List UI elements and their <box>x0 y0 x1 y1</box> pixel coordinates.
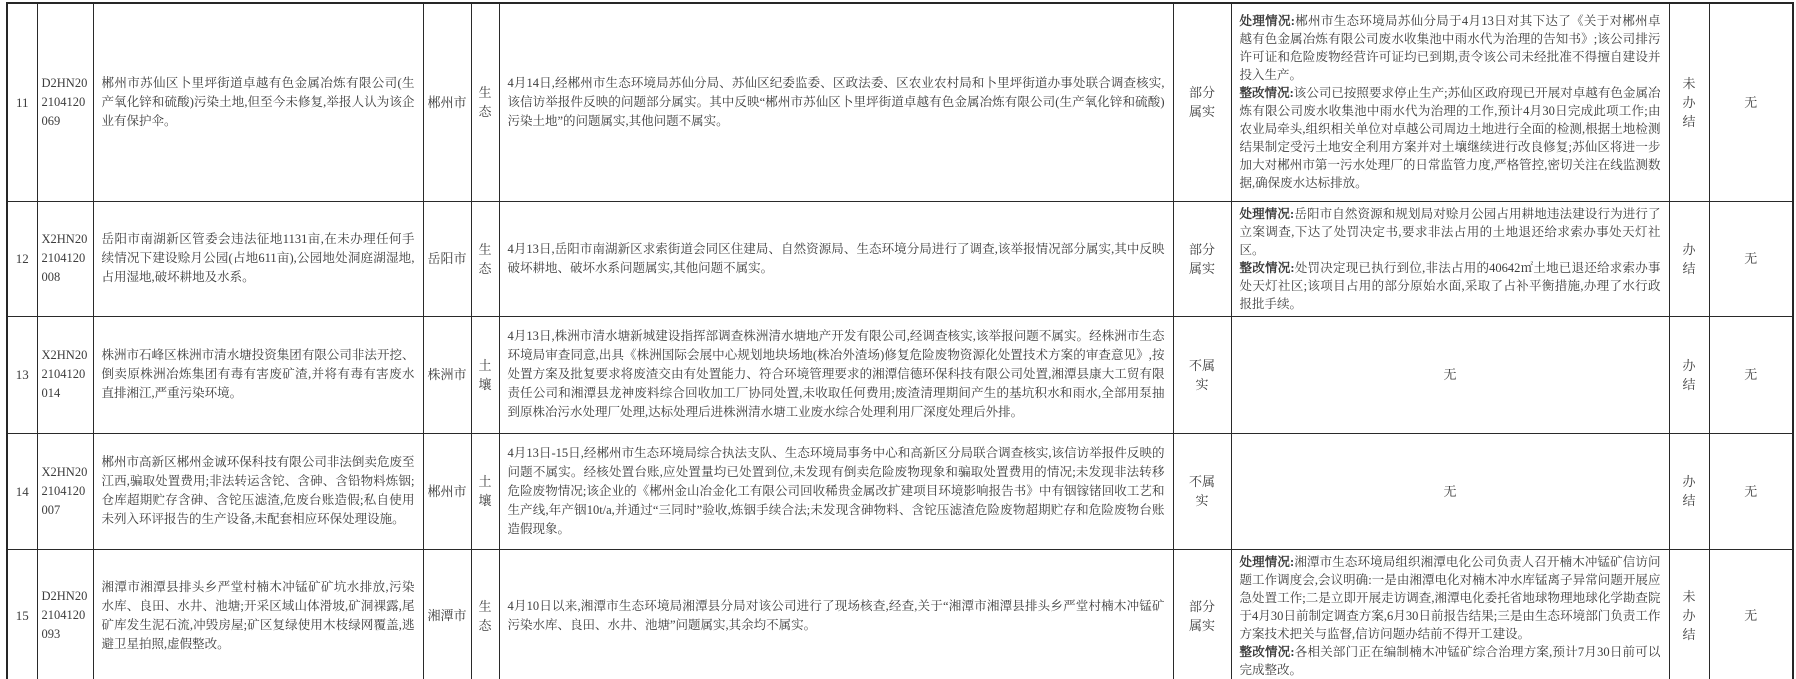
case-id-cell: X2HN202104120007 <box>37 433 93 549</box>
table-row: 13 X2HN202104120014 株洲市石峰区株洲市清水塘投资集团有限公司… <box>7 316 1793 433</box>
handling-cell: 无 <box>1231 433 1669 549</box>
handling-cell: 处理情况:郴州市生态环境局苏仙分局于4月13日对其下达了《关于对郴州卓越有色金属… <box>1231 3 1669 201</box>
remark-cell: 无 <box>1709 316 1793 433</box>
verdict-text: 不属实 <box>1189 472 1216 510</box>
rectification-text: 各相关部门正在编制楠木冲锰矿综合治理方案,预计7月30日前可以完成整改。 <box>1240 645 1661 677</box>
category-cell: 生态 <box>471 201 499 316</box>
handling-text: 郴州市生态环境局苏仙分局于4月13日对其下达了《关于对郴州卓越有色金属冶炼有限公… <box>1240 14 1661 82</box>
handling-cell: 无 <box>1231 316 1669 433</box>
verdict-cell: 不属实 <box>1173 316 1231 433</box>
row-number-cell: 14 <box>7 433 37 549</box>
city-cell: 株洲市 <box>423 316 471 433</box>
table-row: 14 X2HN202104120007 郴州市高新区郴州金诚环保科技有限公司非法… <box>7 433 1793 549</box>
city-cell: 郴州市 <box>423 3 471 201</box>
complaint-cell: 岳阳市南湖新区管委会违法征地1131亩,在未办理任何手续情况下建设赊月公园(占地… <box>93 201 423 316</box>
handling-text: 岳阳市自然资源和规划局对赊月公园占用耕地违法建设行为进行了立案调查,下达了处罚决… <box>1240 207 1661 257</box>
handling-paragraph: 处理情况:湘潭市生态环境局组织湘潭电化公司负责人召开楠木冲锰矿信访问题工作调度会… <box>1240 553 1661 643</box>
handling-paragraph: 处理情况:郴州市生态环境局苏仙分局于4月13日对其下达了《关于对郴州卓越有色金属… <box>1240 12 1661 84</box>
case-id-cell: X2HN202104120008 <box>37 201 93 316</box>
page: 11 D2HN202104120069 郴州市苏仙区卜里坪街道卓越有色金属冶炼有… <box>0 0 1796 679</box>
rectification-text: 该公司已按照要求停止生产;苏仙区政府现已开展对卓越有色金属冶炼有限公司废水收集池… <box>1240 86 1661 190</box>
city-cell: 湘潭市 <box>423 549 471 679</box>
remark-cell: 无 <box>1709 201 1793 316</box>
handling-label: 处理情况: <box>1240 555 1295 569</box>
rectification-paragraph: 整改情况:各相关部门正在编制楠木冲锰矿综合治理方案,预计7月30日前可以完成整改… <box>1240 643 1661 679</box>
handling-text: 湘潭市生态环境局组织湘潭电化公司负责人召开楠木冲锰矿信访问题工作调度会,会议明确… <box>1240 555 1661 641</box>
table-row: 15 D2HN202104120093 湘潭市湘潭县排头乡严堂村楠木冲锰矿矿坑水… <box>7 549 1793 679</box>
handling-cell: 处理情况:岳阳市自然资源和规划局对赊月公园占用耕地违法建设行为进行了立案调查,下… <box>1231 201 1669 316</box>
status-cell: 未办结 <box>1669 549 1709 679</box>
category-cell: 土壤 <box>471 316 499 433</box>
investigation-cell: 4月13日,岳阳市南湖新区求索街道会同区住建局、自然资源局、生态环境分局进行了调… <box>499 201 1173 316</box>
category-cell: 生态 <box>471 549 499 679</box>
city-cell: 郴州市 <box>423 433 471 549</box>
investigation-cell: 4月14日,经郴州市生态环境局苏仙分局、苏仙区纪委监委、区政法委、区农业农村局和… <box>499 3 1173 201</box>
status-cell: 未办结 <box>1669 3 1709 201</box>
investigation-cell: 4月10日以来,湘潭市生态环境局湘潭县分局对该公司进行了现场核查,经查,关于“湘… <box>499 549 1173 679</box>
handling-paragraph: 处理情况:岳阳市自然资源和规划局对赊月公园占用耕地违法建设行为进行了立案调查,下… <box>1240 205 1661 259</box>
verdict-text: 部分属实 <box>1189 240 1216 278</box>
category-cell: 土壤 <box>471 433 499 549</box>
remark-cell: 无 <box>1709 433 1793 549</box>
rectification-label: 整改情况: <box>1240 86 1294 100</box>
complaint-cell: 郴州市苏仙区卜里坪街道卓越有色金属冶炼有限公司(生产氧化锌和硫酸)污染土地,但至… <box>93 3 423 201</box>
status-cell: 办结 <box>1669 201 1709 316</box>
table-row: 11 D2HN202104120069 郴州市苏仙区卜里坪街道卓越有色金属冶炼有… <box>7 3 1793 201</box>
complaint-cell: 郴州市高新区郴州金诚环保科技有限公司非法倒卖危废至江西,骗取处置费用;非法转运含… <box>93 433 423 549</box>
category-cell: 生态 <box>471 3 499 201</box>
rectification-label: 整改情况: <box>1240 645 1295 659</box>
handling-label: 处理情况: <box>1240 207 1295 221</box>
investigation-cell: 4月13日,株洲市清水塘新城建设指挥部调查株洲清水塘地产开发有限公司,经调查核实… <box>499 316 1173 433</box>
verdict-text: 不属实 <box>1189 356 1216 394</box>
remark-cell: 无 <box>1709 3 1793 201</box>
handling-cell: 处理情况:湘潭市生态环境局组织湘潭电化公司负责人召开楠木冲锰矿信访问题工作调度会… <box>1231 549 1669 679</box>
remark-cell: 无 <box>1709 549 1793 679</box>
verdict-cell: 部分属实 <box>1173 549 1231 679</box>
verdict-cell: 不属实 <box>1173 433 1231 549</box>
verdict-text: 部分属实 <box>1189 83 1216 121</box>
city-cell: 岳阳市 <box>423 201 471 316</box>
status-text: 未办结 <box>1682 74 1696 131</box>
status-cell: 办结 <box>1669 316 1709 433</box>
rectification-paragraph: 整改情况:处罚决定现已执行到位,非法占用的40642㎡土地已退还给求索办事处天灯… <box>1240 259 1661 313</box>
status-text: 未办结 <box>1682 587 1696 644</box>
case-id-cell: D2HN202104120093 <box>37 549 93 679</box>
table-row: 12 X2HN202104120008 岳阳市南湖新区管委会违法征地1131亩,… <box>7 201 1793 316</box>
status-cell: 办结 <box>1669 433 1709 549</box>
row-number-cell: 12 <box>7 201 37 316</box>
verdict-cell: 部分属实 <box>1173 3 1231 201</box>
complaint-cell: 株洲市石峰区株洲市清水塘投资集团有限公司非法开挖、倒卖原株洲冶炼集团有毒有害废矿… <box>93 316 423 433</box>
row-number-cell: 15 <box>7 549 37 679</box>
status-text: 办结 <box>1682 356 1696 394</box>
status-text: 办结 <box>1682 240 1696 278</box>
complaint-handling-table: 11 D2HN202104120069 郴州市苏仙区卜里坪街道卓越有色金属冶炼有… <box>6 2 1794 679</box>
verdict-text: 部分属实 <box>1189 597 1216 635</box>
rectification-label: 整改情况: <box>1240 261 1295 275</box>
case-id-cell: X2HN202104120014 <box>37 316 93 433</box>
complaint-cell: 湘潭市湘潭县排头乡严堂村楠木冲锰矿矿坑水排放,污染水库、良田、水井、池塘;开采区… <box>93 549 423 679</box>
rectification-paragraph: 整改情况:该公司已按照要求停止生产;苏仙区政府现已开展对卓越有色金属冶炼有限公司… <box>1240 84 1661 192</box>
rectification-text: 处罚决定现已执行到位,非法占用的40642㎡土地已退还给求索办事处天灯社区;该项… <box>1240 261 1661 311</box>
verdict-cell: 部分属实 <box>1173 201 1231 316</box>
row-number-cell: 11 <box>7 3 37 201</box>
case-id-cell: D2HN202104120069 <box>37 3 93 201</box>
handling-label: 处理情况: <box>1240 14 1295 28</box>
row-number-cell: 13 <box>7 316 37 433</box>
investigation-cell: 4月13日-15日,经郴州市生态环境局综合执法支队、生态环境局事务中心和高新区分… <box>499 433 1173 549</box>
status-text: 办结 <box>1682 472 1696 510</box>
